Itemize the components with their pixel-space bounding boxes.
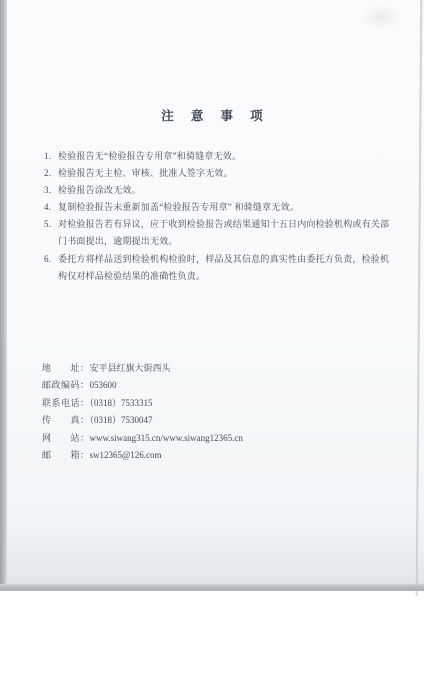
scan-right-edge xyxy=(416,0,423,596)
note-text: 复制检验报告未重新加盖“检验报告专用章” 和骑缝章无效。 xyxy=(58,199,398,216)
contact-block: 地 址：安平县红旗大街西头 邮政编码：053600 联系电话：（0318）753… xyxy=(42,360,243,464)
note-item: 5. 对检验报告若有异议，应于收到检验报告或结果通知十五日内向检验机构或有关部门… xyxy=(44,216,398,250)
contact-row: 邮 箱：sw12365@126.com xyxy=(42,447,243,464)
scan-left-edge xyxy=(0,0,7,591)
contact-row: 地 址：安平县红旗大街西头 xyxy=(42,360,243,377)
contact-value: （0318）7530047 xyxy=(90,415,153,425)
note-item: 3. 检验报告涂改无效。 xyxy=(44,182,398,199)
contact-label: 传 真： xyxy=(42,415,90,425)
page-title: 注 意 事 项 xyxy=(0,106,424,124)
contact-label: 网 站： xyxy=(42,433,90,443)
contact-row: 传 真：（0318）7530047 xyxy=(42,412,243,429)
contact-value: sw12365@126.com xyxy=(90,450,162,460)
contact-value: 053600 xyxy=(90,380,117,390)
note-item: 6. 委托方将样品送到检验机构检验时，样品及其信息的真实性由委托方负责，检验机构… xyxy=(44,251,398,285)
note-number: 1. xyxy=(44,148,58,165)
note-number: 4. xyxy=(44,199,58,216)
note-text: 检验报告无主检、审核、批准人签字无效。 xyxy=(58,165,398,182)
contact-value: 安平县红旗大街西头 xyxy=(90,363,171,373)
note-number: 3. xyxy=(44,182,58,199)
contact-row: 联系电话：（0318）7533315 xyxy=(42,395,243,412)
contact-row: 邮政编码：053600 xyxy=(42,377,243,394)
contact-value: （0318）7533315 xyxy=(90,398,153,408)
note-number: 2. xyxy=(44,165,58,182)
contact-row: 网 站：www.siwang315.cn/www.siwang12365.cn xyxy=(42,430,243,447)
notes-list: 1. 检验报告无“检验报告专用章”和骑缝章无效。 2. 检验报告无主检、审核、批… xyxy=(44,148,398,285)
note-text: 检验报告无“检验报告专用章”和骑缝章无效。 xyxy=(58,148,398,165)
note-item: 2. 检验报告无主检、审核、批准人签字无效。 xyxy=(44,165,398,182)
contact-label: 邮 箱： xyxy=(42,450,90,460)
contact-value: www.siwang315.cn/www.siwang12365.cn xyxy=(90,433,243,443)
contact-label: 联系电话： xyxy=(42,398,90,408)
note-text: 检验报告涂改无效。 xyxy=(58,182,398,199)
note-text: 委托方将样品送到检验机构检验时，样品及其信息的真实性由委托方负责，检验机构仅对样… xyxy=(58,251,398,285)
scanned-document: 注 意 事 项 1. 检验报告无“检验报告专用章”和骑缝章无效。 2. 检验报告… xyxy=(0,0,424,591)
scan-bottom-edge xyxy=(0,584,424,591)
note-item: 1. 检验报告无“检验报告专用章”和骑缝章无效。 xyxy=(44,148,398,165)
note-number: 5. xyxy=(44,216,58,250)
note-number: 6. xyxy=(44,251,58,285)
scan-smudge xyxy=(360,4,402,30)
note-text: 对检验报告若有异议，应于收到检验报告或结果通知十五日内向检验机构或有关部门书面提… xyxy=(58,216,398,250)
note-item: 4. 复制检验报告未重新加盖“检验报告专用章” 和骑缝章无效。 xyxy=(44,199,398,216)
contact-label: 地 址： xyxy=(42,363,90,373)
contact-label: 邮政编码： xyxy=(42,380,90,390)
